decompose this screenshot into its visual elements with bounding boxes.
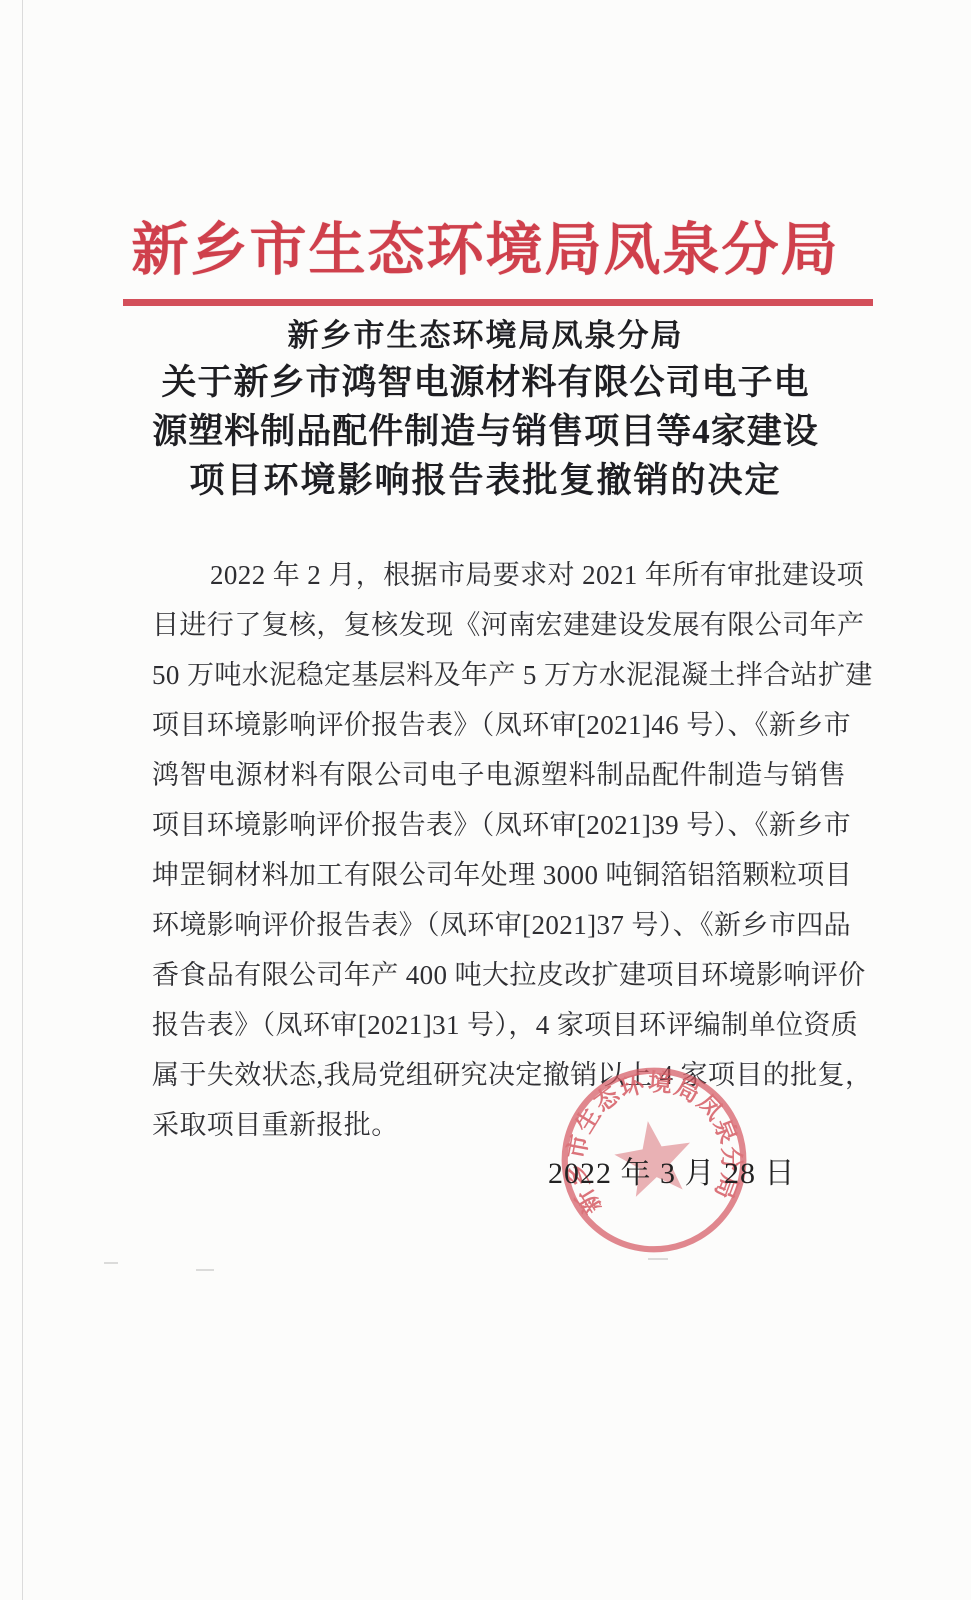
- doc-title-line-2: 关于新乡市鸿智电源材料有限公司电子电: [0, 355, 971, 405]
- body-line-6: 项目环境影响评价报告表》（凤环审[2021]39 号）、《新乡市: [152, 803, 846, 843]
- body-line-4: 项目环境影响评价报告表》（凤环审[2021]46 号）、《新乡市: [152, 703, 846, 743]
- date-text: 2022 年 3 月 28 日: [548, 1148, 796, 1192]
- doc-title-line-1: 新乡市生态环境局凤泉分局: [0, 310, 971, 355]
- document-page: 新乡市生态环境局凤泉分局 新乡市生态环境局凤泉分局 关于新乡市鸿智电源材料有限公…: [0, 0, 971, 1600]
- body-line-1: 2022 年 2 月，根据市局要求对 2021 年所有审批建设项: [152, 553, 846, 593]
- letterhead-divider: [123, 299, 873, 306]
- body-line-7: 坤罡铜材料加工有限公司年处理 3000 吨铜箔铝箔颗粒项目: [152, 853, 846, 893]
- body-line-8: 环境影响评价报告表》（凤环审[2021]37 号）、《新乡市四品: [152, 903, 846, 943]
- body-line-11: 属于失效状态,我局党组研究决定撤销以上 4 家项目的批复，: [152, 1053, 846, 1093]
- body-line-9: 香食品有限公司年产 400 吨大拉皮改扩建项目环境影响评价: [152, 953, 846, 993]
- doc-title-line-4: 项目环境影响报告表批复撤销的决定: [0, 453, 971, 503]
- scan-speck: [104, 1262, 118, 1264]
- body-line-10: 报告表》（凤环审[2021]31 号），4 家项目环评编制单位资质: [152, 1003, 846, 1043]
- body-line-2: 目进行了复核，复核发现《河南宏建建设发展有限公司年产: [152, 603, 846, 643]
- body-line-5: 鸿智电源材料有限公司电子电源塑料制品配件制造与销售: [152, 753, 846, 793]
- letterhead-title: 新乡市生态环境局凤泉分局: [0, 206, 971, 296]
- body-line-3: 50 万吨水泥稳定基层料及年产 5 万方水泥混凝土拌合站扩建: [152, 653, 846, 693]
- doc-title-line-3: 源塑料制品配件制造与销售项目等4家建设: [0, 404, 971, 454]
- scan-speck: [196, 1269, 214, 1271]
- scan-speck: [648, 1258, 668, 1260]
